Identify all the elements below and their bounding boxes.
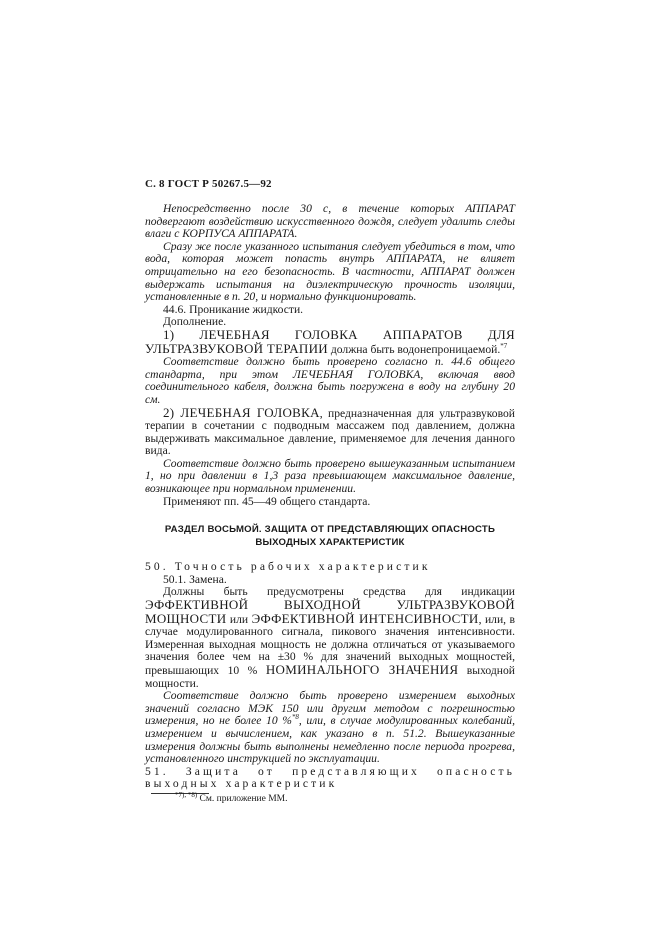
footnote-marks: *7), *8): [175, 791, 197, 799]
footnote: *7), *8) См. приложение ММ.: [175, 794, 515, 805]
clause-51-heading: 51. Защита от представляющих опасность в…: [145, 766, 515, 791]
paragraph-applies: Применяют пп. 45—49 общего стандарта.: [145, 496, 515, 509]
paragraph-head-waterproof: 1) ЛЕЧЕБНАЯ ГОЛОВКА АППАРАТОВ ДЛЯ УЛЬТРА…: [145, 329, 515, 356]
paragraph-compliance-measurement: Соответствие должно быть проверено измер…: [145, 690, 515, 766]
paragraph-safety-check: Сразу же после указанного испытания след…: [145, 241, 515, 304]
defined-term: ЭФФЕКТИВНОЙ ИНТЕНСИВНОСТИ: [252, 611, 479, 626]
section-title: РАЗДЕЛ ВОСЬМОЙ. ЗАЩИТА ОТ ПРЕДСТАВЛЯЮЩИХ…: [145, 523, 515, 549]
paragraph-compliance-immersion: Соответствие должно быть проверено согла…: [145, 356, 515, 406]
paragraph-rain-test: Непосредственно после 30 с, в течение ко…: [145, 203, 515, 241]
paragraph-output-indication: Должны быть предусмотрены средства для и…: [145, 586, 515, 690]
defined-term: НОМИНАЛЬНОГО ЗНАЧЕНИЯ: [266, 662, 458, 677]
footnote-ref: *7: [500, 342, 507, 350]
defined-term: 2) ЛЕЧЕБНАЯ ГОЛОВКА: [163, 405, 320, 420]
document-body: Непосредственно после 30 с, в течение ко…: [145, 203, 515, 805]
running-header: С. 8 ГОСТ Р 50267.5—92: [145, 178, 272, 190]
paragraph-compliance-pressure: Соответствие должно быть проверено вышеу…: [145, 458, 515, 496]
paragraph-head-pressure: 2) ЛЕЧЕБНАЯ ГОЛОВКА, предназначенная для…: [145, 407, 515, 458]
clause-50-heading: 50. Точность рабочих характеристик: [145, 561, 515, 574]
footnote-ref: *8: [292, 714, 299, 722]
